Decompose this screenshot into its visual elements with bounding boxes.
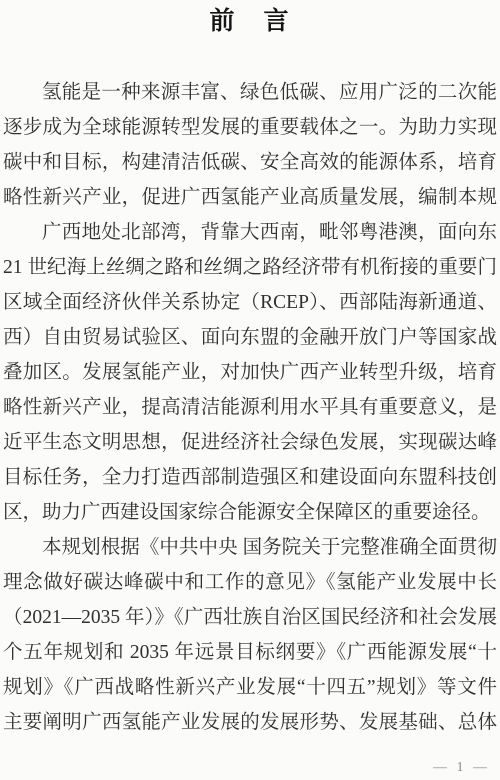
page-number: — 1 — [433, 760, 490, 776]
text-line: 近平生态文明思想，促进经济社会绿色发展，实现碳达峰碳中和 [3, 425, 497, 460]
page-title: 前 言 [3, 7, 497, 37]
text-line: 区域全面经济伙伴关系协定（RCEP）、西部陆海新通道、中国（广 [3, 285, 497, 320]
text-line: 略性新兴产业，促进广西氢能产业高质量发展，编制本规划。 [3, 180, 497, 215]
document-page: 前 言 氢能是一种来源丰富、绿色低碳、应用广泛的二次能源，正逐步成为全球能源转型… [0, 0, 500, 780]
text-line: 西）自由贸易试验区、面向东盟的金融开放门户等国家战略政策 [3, 320, 497, 355]
text-line: 氢能是一种来源丰富、绿色低碳、应用广泛的二次能源，正 [3, 75, 497, 110]
text-line: 叠加区。发展氢能产业，对加快广西产业转型升级，培育壮大战 [3, 355, 497, 390]
text-line: 逐步成为全球能源转型发展的重要载体之一。为助力实现碳达峰 [3, 110, 497, 145]
text-line: 广西地处北部湾，背靠大西南，毗邻粤港澳，面向东盟，是 [3, 215, 497, 250]
text-line: （2021—2035 年）》《广西壮族自治区国民经济和社会发展第十四 [3, 600, 497, 635]
document-body: 氢能是一种来源丰富、绿色低碳、应用广泛的二次能源，正逐步成为全球能源转型发展的重… [3, 75, 497, 740]
text-line: 略性新兴产业，提高清洁能源利用水平具有重要意义，是坚持习 [3, 390, 497, 425]
text-line: 碳中和目标，构建清洁低碳、安全高效的能源体系，培育壮大战 [3, 145, 497, 180]
text-line: 本规划根据《中共中央 国务院关于完整准确全面贯彻新发展 [3, 530, 497, 565]
text-line: 主要阐明广西氢能产业发展的发展形势、发展基础、总体要求、 [3, 705, 497, 740]
text-line: 21 世纪海上丝绸之路和丝绸之路经济带有机衔接的重要门户，是 [3, 250, 497, 285]
text-line: 目标任务，全力打造西部制造强区和建设面向东盟科技创新合作 [3, 460, 497, 495]
text-line: 区，助力广西建设国家综合能源安全保障区的重要途径。 [3, 495, 497, 530]
text-line: 个五年规划和 2035 年远景目标纲要》《广西能源发展“十四五” [3, 635, 497, 670]
text-line: 理念做好碳达峰碳中和工作的意见》《氢能产业发展中长期规划 [3, 565, 497, 600]
text-line: 规划》《广西战略性新兴产业发展“十四五”规划》等文件要求， [3, 670, 497, 705]
